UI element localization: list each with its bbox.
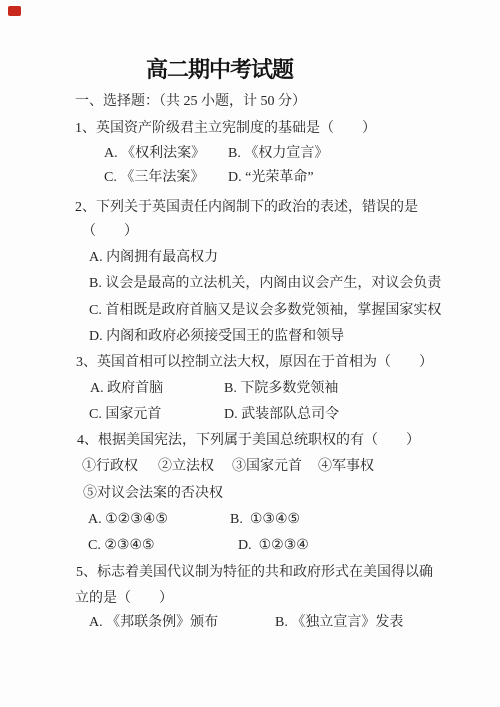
q4-item-4: ④军事权 — [318, 459, 374, 475]
q4-option-d: D. ①②③④ — [238, 538, 309, 554]
q1-option-c: C. 《三年法案》 — [104, 170, 204, 186]
q2-option-b: B. 议会是最高的立法机关，内阁由议会产生，对议会负责 — [89, 276, 441, 292]
q4-stem: 4、根据美国宪法，下列属于美国总统职权的有（ ） — [77, 433, 420, 449]
q1-option-b: B. 《权力宣言》 — [228, 146, 328, 162]
q1-option-a: A. 《权利法案》 — [104, 146, 205, 162]
corner-red-mark — [8, 6, 21, 16]
q3-option-d: D. 武装部队总司令 — [224, 407, 339, 423]
q3-stem: 3、英国首相可以控制立法大权，原因在于首相为（ ） — [76, 355, 433, 371]
q3-option-a: A. 政府首脑 — [90, 381, 163, 397]
q2-stem-line1: 2、下列关于英国责任内阁制下的政治的表述，错误的是 — [75, 200, 418, 216]
q3-option-c: C. 国家元首 — [89, 407, 161, 423]
q2-option-d: D. 内阁和政府必须接受国王的监督和领导 — [89, 329, 344, 345]
q5-stem-line2: 立的是（ ） — [75, 591, 173, 607]
q2-option-c: C. 首相既是政府首脑又是议会多数党领袖，掌握国家实权 — [89, 303, 441, 319]
q4-option-b: B. ①③④⑤ — [230, 512, 300, 528]
q4-option-c: C. ②③④⑤ — [88, 538, 155, 554]
q1-option-d: D. “光荣革命” — [228, 170, 314, 186]
section-header: 一、选择题：（共 25 小题，计 50 分） — [75, 94, 306, 110]
q5-stem-line1: 5、标志着美国代议制为特征的共和政府形式在美国得以确 — [76, 565, 433, 581]
q2-stem-line2: （ ） — [82, 224, 138, 240]
q5-option-a: A. 《邦联条例》颁布 — [89, 615, 218, 631]
q3-option-b: B. 下院多数党领袖 — [224, 381, 338, 397]
q4-option-a: A. ①②③④⑤ — [88, 512, 168, 528]
q2-option-a: A. 内阁拥有最高权力 — [89, 250, 218, 266]
q4-item-3: ③国家元首 — [232, 459, 302, 475]
q4-item-1: ①行政权 — [82, 459, 138, 475]
q4-item-2: ②立法权 — [158, 459, 214, 475]
q5-option-b: B. 《独立宣言》发表 — [275, 615, 403, 631]
exam-paper-page: 高二期中考试题 一、选择题：（共 25 小题，计 50 分） 1、英国资产阶级君… — [0, 0, 500, 707]
q4-item-5: ⑤对议会法案的否决权 — [83, 486, 223, 502]
exam-title: 高二期中考试题 — [146, 57, 293, 82]
q1-stem: 1、英国资产阶级君主立宪制度的基础是（ ） — [75, 121, 376, 137]
